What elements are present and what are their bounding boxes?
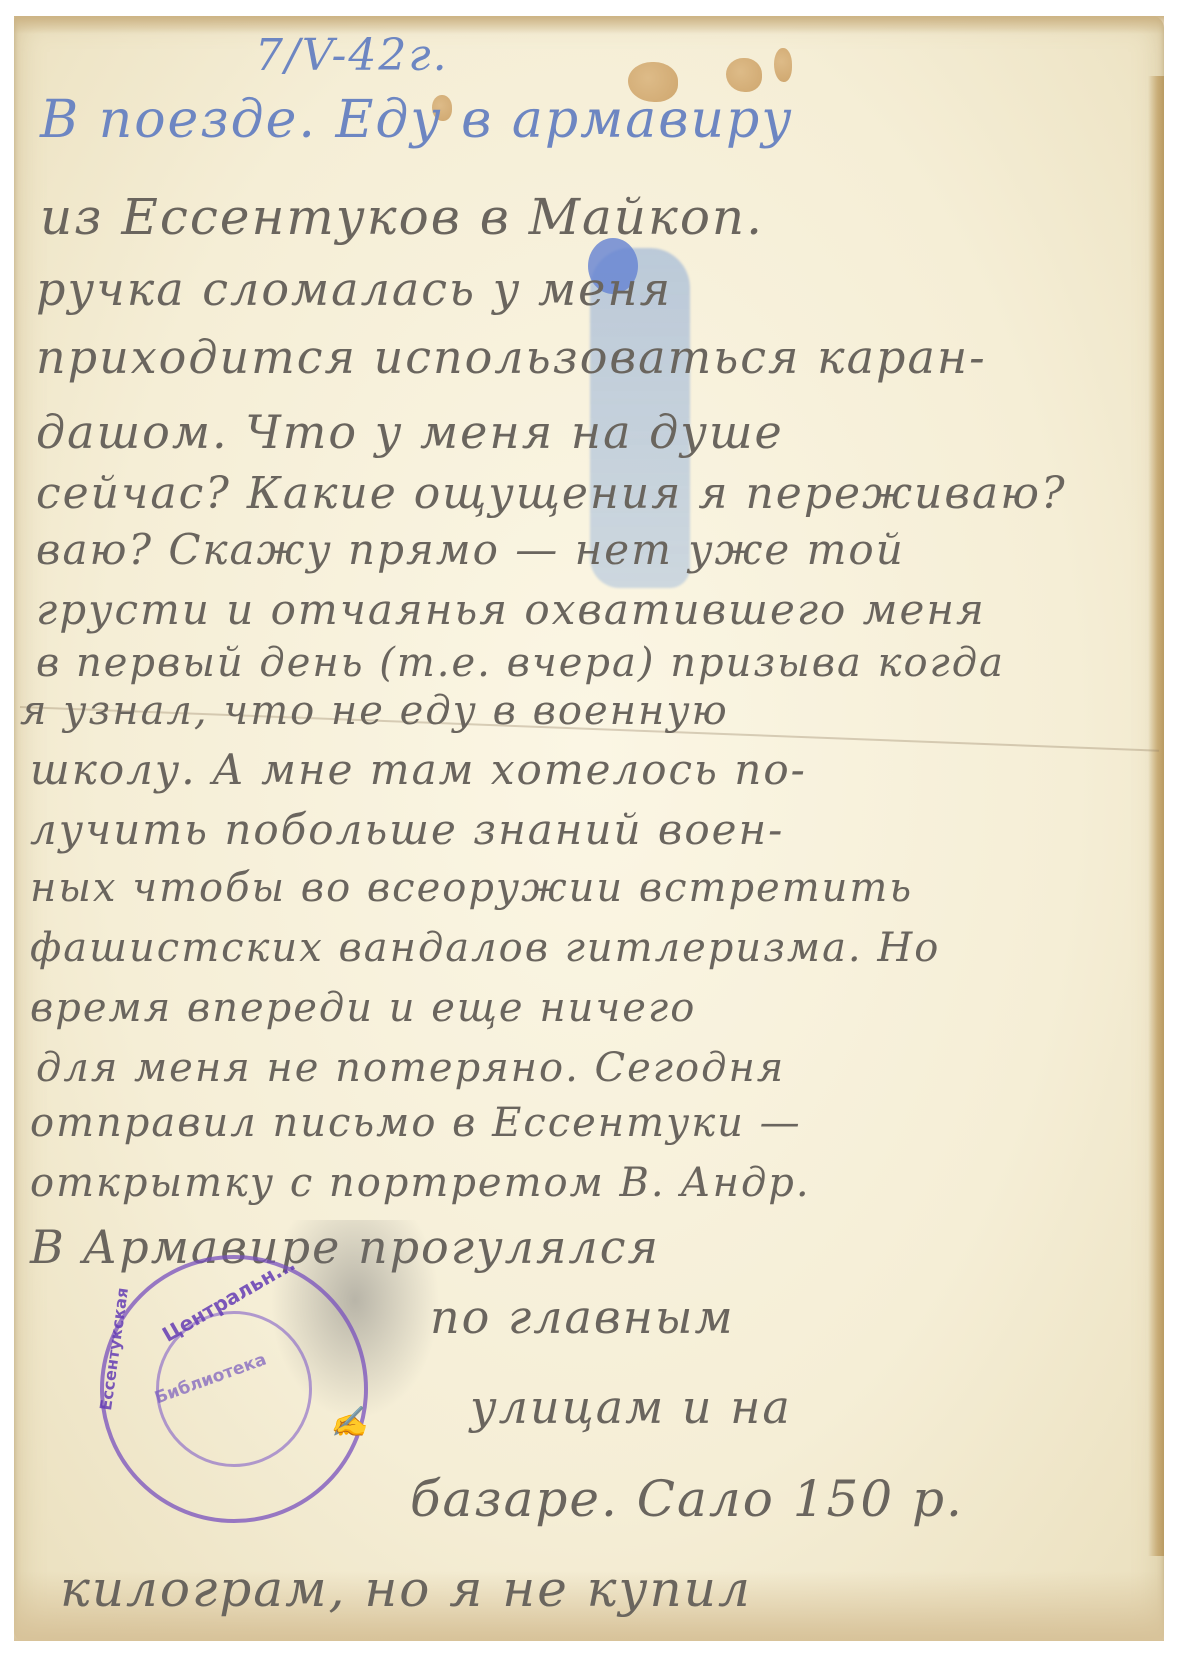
stain (774, 48, 792, 82)
text-line: улицам и на (470, 1380, 792, 1434)
text-line: для меня не потеряно. Сегодня (36, 1045, 785, 1091)
text-line: ных чтобы во всеоружии встретить (30, 865, 913, 911)
paper-top-edge (14, 16, 1164, 34)
text-line: базаре. Сало 150 р. (410, 1470, 964, 1528)
text-line: ручка сломалась у меня (36, 262, 672, 316)
text-line: килограм, но я не купил (60, 1560, 752, 1618)
text-line: из Ессентуков в Майкоп. (40, 188, 764, 246)
text-line: грусти и отчаянья охватившего меня (36, 585, 986, 634)
text-line: дашом. Что у меня на душе (36, 405, 784, 459)
text-line: в первый день (т.е. вчера) призыва когда (36, 640, 1005, 686)
text-line: сейчас? Какие ощущения я переживаю? (36, 468, 1067, 519)
text-line: фашистских вандалов гитлеризма. Но (30, 925, 940, 971)
text-line: приходится использоваться каран- (36, 330, 987, 384)
text-line: я узнал, что не еду в военную (20, 688, 729, 734)
text-line: ваю? Скажу прямо — нет уже той (36, 525, 905, 574)
date-line: 7/V-42г. (255, 30, 449, 81)
text-line: время впереди и еще ничего (30, 985, 696, 1031)
text-line: по главным (430, 1290, 735, 1344)
text-line: В поезде. Еду в армавиру (40, 90, 793, 150)
blue-ink-scribble: ✍ (330, 1405, 367, 1440)
text-line: школу. А мне там хотелось по- (30, 745, 807, 794)
text-line: отправил письмо в Ессентуки — (30, 1100, 802, 1146)
text-line: лучить побольше знаний воен- (30, 805, 784, 854)
text-line: открытку с портретом В. Андр. (30, 1160, 811, 1206)
library-stamp: Ессентукская Центральн... Библиотека (100, 1255, 368, 1523)
stain (726, 58, 762, 92)
paper-right-edge (1148, 76, 1164, 1556)
